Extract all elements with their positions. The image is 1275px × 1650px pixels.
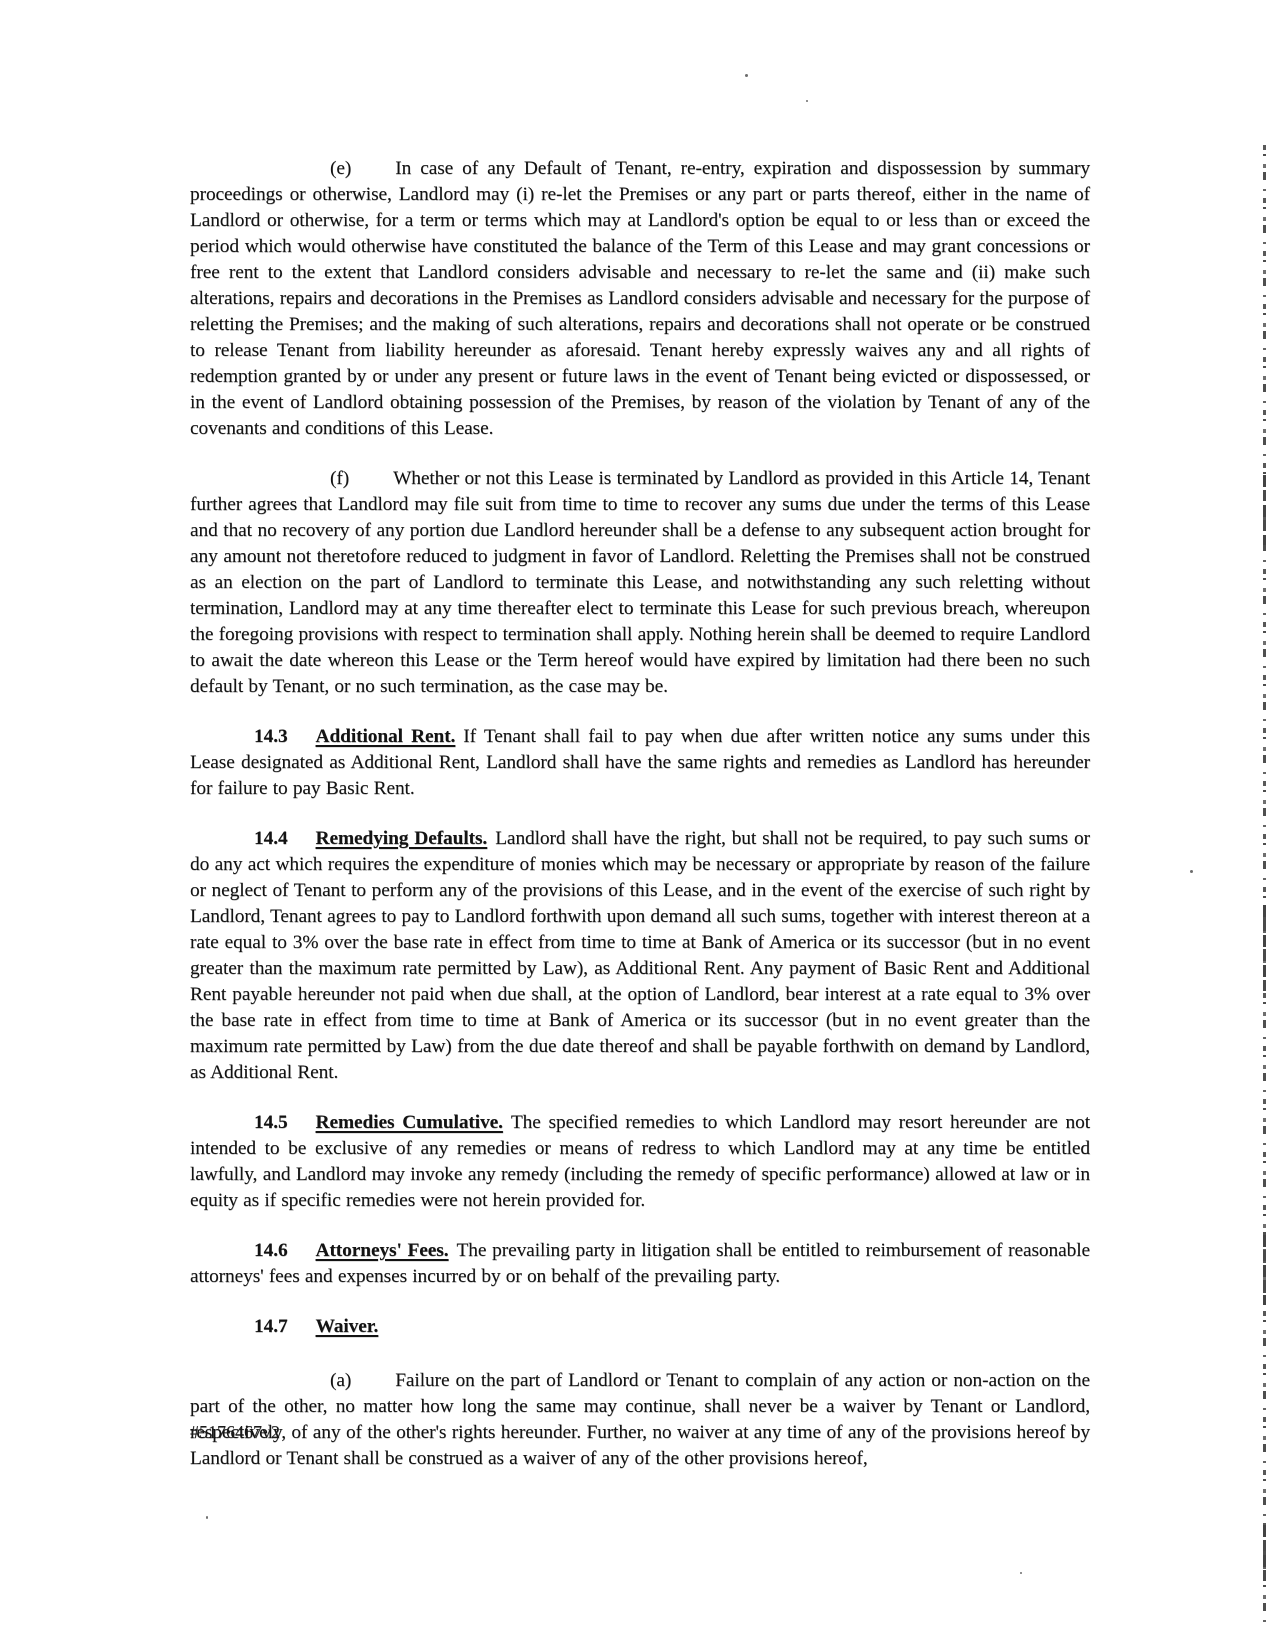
paragraph-f-label: (f) — [330, 468, 349, 489]
section-title: Attorneys' Fees. — [316, 1240, 449, 1261]
section-text: Landlord shall have the right, but shall… — [190, 828, 1090, 1083]
section-14-5-remedies-cumulative: 14.5Remedies Cumulative.The specified re… — [190, 1110, 1090, 1214]
paragraph-e: (e)In case of any Default of Tenant, re-… — [190, 156, 1090, 442]
paragraph-a-text: Failure on the part of Landlord or Tenan… — [190, 1370, 1090, 1469]
paragraph-e-text: In case of any Default of Tenant, re-ent… — [190, 158, 1090, 439]
paragraph-f-text: Whether or not this Lease is terminated … — [190, 468, 1090, 697]
scan-speck — [1190, 870, 1193, 873]
tab-space — [288, 1331, 316, 1332]
scan-speck — [206, 1516, 208, 1519]
section-14-6-attorneys-fees: 14.6Attorneys' Fees.The prevailing party… — [190, 1238, 1090, 1290]
section-number: 14.6 — [254, 1240, 288, 1261]
section-number: 14.5 — [254, 1112, 288, 1133]
scan-speck — [1020, 1572, 1022, 1574]
paragraph-a: (a)Failure on the part of Landlord or Te… — [190, 1368, 1090, 1472]
scan-artifact-vertical-line — [1263, 145, 1266, 1623]
tab-space — [351, 1385, 395, 1386]
tab-space — [288, 1127, 316, 1128]
scan-artifact-dense-segment — [1263, 1235, 1266, 1305]
scan-artifact-dense-segment — [1263, 905, 1266, 995]
scan-artifact-dense-segment — [1263, 1525, 1266, 1585]
paragraph-a-label: (a) — [330, 1370, 351, 1391]
section-number: 14.4 — [254, 828, 288, 849]
section-14-4-remedying-defaults: 14.4Remedying Defaults.Landlord shall ha… — [190, 826, 1090, 1086]
section-title: Additional Rent. — [316, 726, 456, 747]
tab-space — [349, 483, 393, 484]
section-number: 14.7 — [254, 1316, 288, 1337]
tab-space — [288, 843, 316, 844]
section-number: 14.3 — [254, 726, 288, 747]
paragraph-e-label: (e) — [330, 158, 351, 179]
section-14-3-additional-rent: 14.3Additional Rent.If Tenant shall fail… — [190, 724, 1090, 802]
scan-speck — [806, 100, 808, 102]
section-title: Waiver. — [316, 1316, 379, 1337]
section-title: Remedying Defaults. — [316, 828, 488, 849]
scanned-lease-page: (e)In case of any Default of Tenant, re-… — [0, 0, 1275, 1650]
section-14-7-waiver: 14.7Waiver. — [190, 1314, 1090, 1340]
tab-space — [351, 173, 395, 174]
scan-artifact-dense-segment — [1263, 475, 1266, 545]
lease-text-block: (e)In case of any Default of Tenant, re-… — [190, 156, 1090, 1496]
scan-speck — [745, 74, 748, 77]
paragraph-f: (f)Whether or not this Lease is terminat… — [190, 466, 1090, 700]
tab-space — [288, 1255, 316, 1256]
document-number-footer: #5176467v2 — [190, 1422, 280, 1443]
tab-space — [288, 741, 316, 742]
section-title: Remedies Cumulative. — [316, 1112, 503, 1133]
